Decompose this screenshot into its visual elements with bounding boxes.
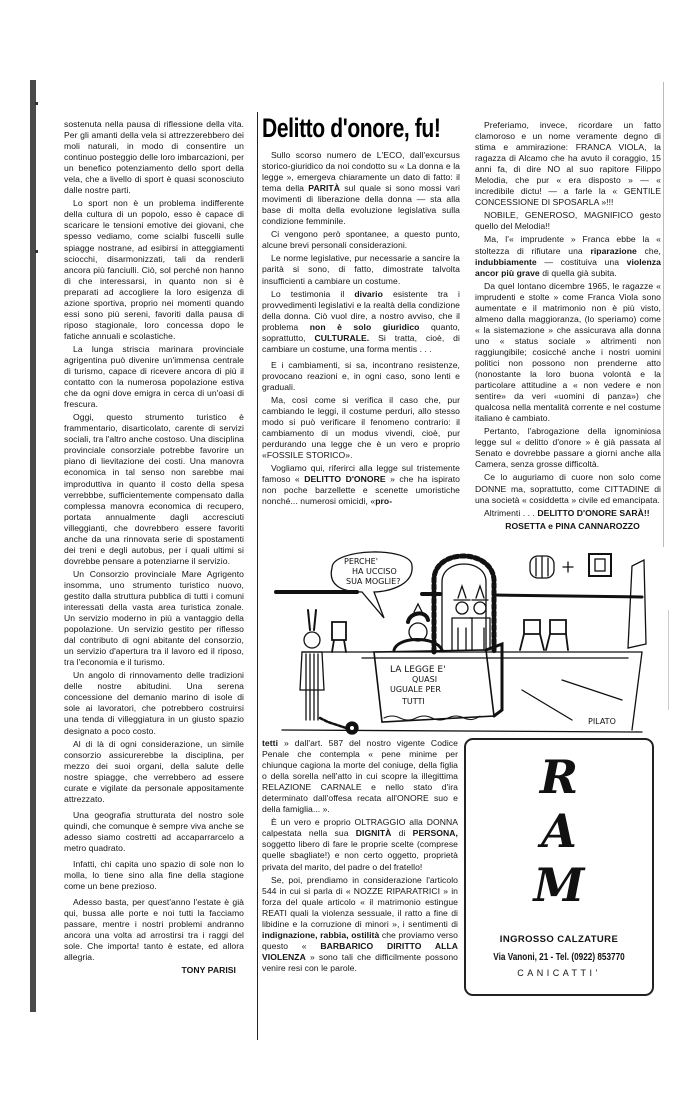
paragraph: tetti » dall'art. 587 del nostro vigente… — [262, 738, 458, 815]
speech-line: PERCHE' — [344, 557, 378, 566]
right-margin-rule-lower — [668, 610, 669, 710]
author-byline: ROSETTA e PINA CANNAROZZO — [475, 521, 661, 532]
paragraph: Preferiamo, invece, ricordare un fatto c… — [475, 120, 661, 208]
paragraph: Ci vengono però spontanee, a questo punt… — [262, 229, 460, 251]
paragraph: Un angolo di rinnovamento delle tradizio… — [64, 670, 244, 736]
paragraph: Vogliamo qui, riferirci alla legge sul t… — [262, 463, 460, 507]
closing-line: Altrimenti . . . DELITTO D'ONORE SARÀ!! — [475, 508, 661, 519]
speech-line: HA UCCISO — [352, 567, 397, 576]
paragraph: Oggi, questo strumento turistico è framm… — [64, 412, 244, 567]
paragraph: Al di là di ogni considerazione, un simi… — [64, 739, 244, 805]
ad-address: Via Vanoni, 21 - Tel. (0922) 853770 — [483, 952, 636, 963]
ad-city: CANICATTI' — [466, 968, 652, 978]
ad-logo-letter: R — [466, 750, 652, 804]
ad-business-type: INGROSSO CALZATURE — [466, 934, 652, 945]
paragraph: Infatti, chi capita uno spazio di sole n… — [64, 859, 244, 892]
right-margin-rule — [663, 82, 664, 547]
paragraph: È un vero e proprio OLTRAGGIO alla DONNA… — [262, 817, 458, 872]
cartoonist-signature: PILATO — [588, 717, 616, 726]
speech-line: SUA MOGLIE? — [346, 577, 400, 586]
desk-line: UGUALE PER — [390, 685, 441, 694]
paragraph: Le norme legislative, pur necessarie a s… — [262, 253, 460, 286]
cartoon-illustration: PERCHE' HA UCCISO SUA MOGLIE? LA LEGGE E… — [262, 540, 658, 736]
author-byline: TONY PARISI — [64, 965, 244, 976]
paragraph: NOBILE, GENEROSO, MAGNIFICO gesto quello… — [475, 210, 661, 232]
paragraph: Sullo scorso numero de L'ECO, dall'excur… — [262, 150, 460, 227]
desk-line: LA LEGGE E' — [390, 665, 446, 675]
column-divider — [257, 112, 258, 1040]
paragraph: Da quel lontano dicembre 1965, le ragazz… — [475, 281, 661, 425]
paragraph: E i cambiamenti, si sa, incontrano resis… — [262, 360, 460, 393]
desk-line: TUTTI — [401, 697, 425, 706]
paragraph: sostenuta nella pausa di riflessione del… — [64, 119, 244, 196]
article-tourism: sostenuta nella pausa di riflessione del… — [64, 119, 244, 979]
paragraph: Pertanto, l'abrogazione della ignominios… — [475, 426, 661, 470]
ram-advertisement: R A M INGROSSO CALZATURE Via Vanoni, 21 … — [464, 738, 654, 996]
courtroom-cartoon-drawing: PERCHE' HA UCCISO SUA MOGLIE? LA LEGGE E… — [262, 540, 658, 736]
article-delitto-onore-continued: tetti » dall'art. 587 del nostro vigente… — [262, 738, 458, 976]
paragraph: Se, poi, prendiamo in considerazione l'a… — [262, 875, 458, 974]
paragraph: Adesso basta, per quest'anno l'estate è … — [64, 897, 244, 963]
paragraph: Una geografia strutturata del nostro sol… — [64, 810, 244, 854]
article-delitto-onore: Sullo scorso numero de L'ECO, dall'excur… — [262, 150, 460, 509]
article-franca-viola: Preferiamo, invece, ricordare un fatto c… — [475, 120, 661, 534]
article-headline: Delitto d'onore, fu! — [262, 113, 418, 143]
page-binding-edge — [30, 80, 36, 1012]
desk-line: QUASI — [412, 675, 437, 684]
paragraph: Lo testimonia il divario esistente tra i… — [262, 289, 460, 355]
ad-logo-letter: M — [466, 858, 652, 912]
paragraph: Un Consorzio provinciale Mare Agrigento … — [64, 569, 244, 668]
paragraph: Ma, così come si verifica il caso che, p… — [262, 395, 460, 461]
paragraph: Lo sport non è un problema indifferente … — [64, 198, 244, 342]
ad-logo-letter: A — [466, 804, 652, 858]
paragraph: Ma, l'« imprudente » Franca ebbe la « st… — [475, 234, 661, 278]
paragraph: Ce lo auguriamo di cuore non solo come D… — [475, 472, 661, 505]
paragraph: La lunga striscia marinara provinciale a… — [64, 344, 244, 410]
